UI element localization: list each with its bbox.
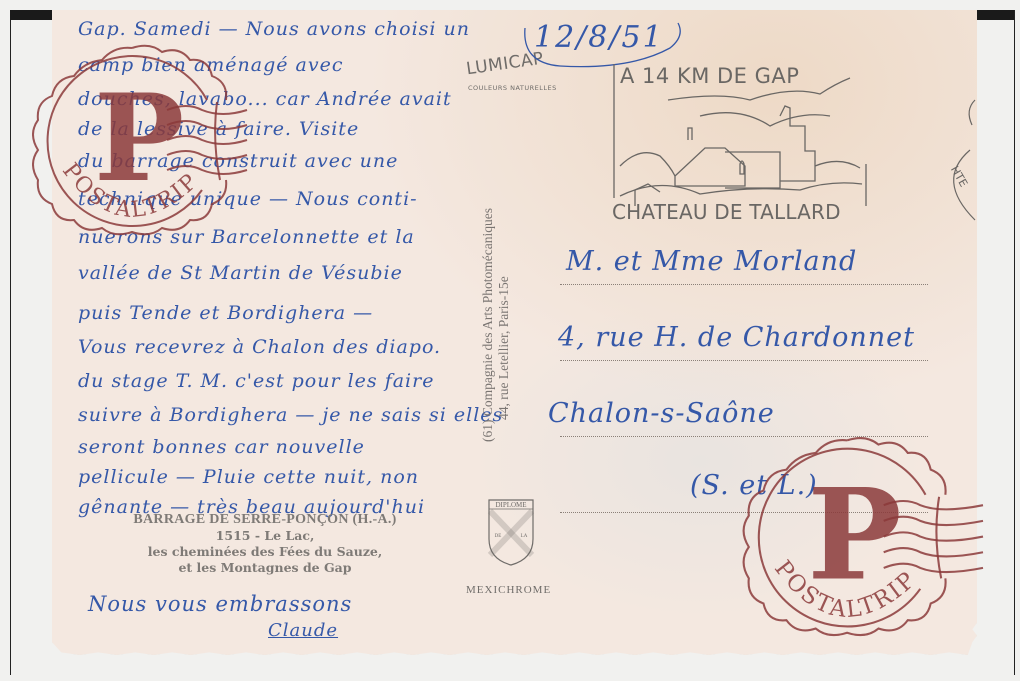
closing-text: Nous vous embrassons bbox=[88, 592, 352, 616]
postmark-bottom-text: CHATEAU DE TALLARD bbox=[612, 200, 841, 224]
address-line: 4, rue H. de Chardonnet bbox=[558, 322, 915, 353]
printer-mark: MEXICHROME bbox=[466, 584, 551, 596]
postaltrip-stamp-icon: P POSTALTRIP bbox=[738, 432, 998, 662]
message-line: puis Tende et Bordighera — bbox=[78, 302, 373, 324]
shield-text: LA bbox=[521, 534, 528, 539]
message-line: du stage T. M. c'est pour les faire bbox=[78, 370, 434, 392]
message-line: Gap. Samedi — Nous avons choisi un bbox=[78, 18, 470, 40]
message-line: suivre à Bordighera — je ne sais si elle… bbox=[78, 404, 503, 426]
circular-postmark-icon bbox=[930, 80, 980, 230]
postaltrip-stamp-icon: P POSTALTRIP bbox=[32, 40, 272, 260]
publisher-imprint: (61) Compagnie des Arts Photomécaniques … bbox=[480, 208, 512, 442]
message-line: vallée de St Martin de Vésubie bbox=[78, 262, 403, 284]
postaltrip-watermark: P POSTALTRIP bbox=[32, 40, 272, 260]
message-line: seront bonnes car nouvelle bbox=[78, 436, 365, 458]
address-dotted-line bbox=[560, 360, 928, 361]
photo-caption: BARRAGE DE SERRE-PONÇON (H.-A.) 1515 - L… bbox=[100, 512, 430, 576]
caption-line: 1515 - Le Lac, bbox=[100, 528, 430, 544]
signature: Claude bbox=[268, 620, 338, 641]
shield-top-text: DIPLOME bbox=[495, 501, 526, 509]
message-line: pellicule — Pluie cette nuit, non bbox=[78, 466, 419, 488]
address-line: M. et Mme Morland bbox=[566, 246, 857, 277]
postmark-cancellation: A 14 KM DE GAP CHATEAU DE TALLARD bbox=[600, 56, 875, 232]
caption-title: BARRAGE DE SERRE-PONÇON (H.-A.) bbox=[100, 512, 430, 528]
caption-line: et les Montagnes de Gap bbox=[100, 560, 430, 576]
shield-text: DE bbox=[495, 534, 502, 539]
imprint-line: 44, rue Letellier, Paris-15e bbox=[496, 208, 512, 442]
address-line: Chalon-s-Saône bbox=[548, 398, 775, 429]
postmark-top-text: A 14 KM DE GAP bbox=[620, 64, 799, 88]
address-dotted-line bbox=[560, 284, 928, 285]
postaltrip-watermark: P POSTALTRIP bbox=[738, 432, 998, 662]
diplome-shield-icon: DIPLOME DE LA bbox=[486, 497, 536, 567]
caption-line: les cheminées des Fées du Sauze, bbox=[100, 544, 430, 560]
message-line: Vous recevrez à Chalon des diapo. bbox=[78, 336, 441, 358]
imprint-line: (61) Compagnie des Arts Photomécaniques bbox=[480, 208, 496, 442]
publisher-tagline: COULEURS NATURELLES bbox=[468, 84, 557, 92]
